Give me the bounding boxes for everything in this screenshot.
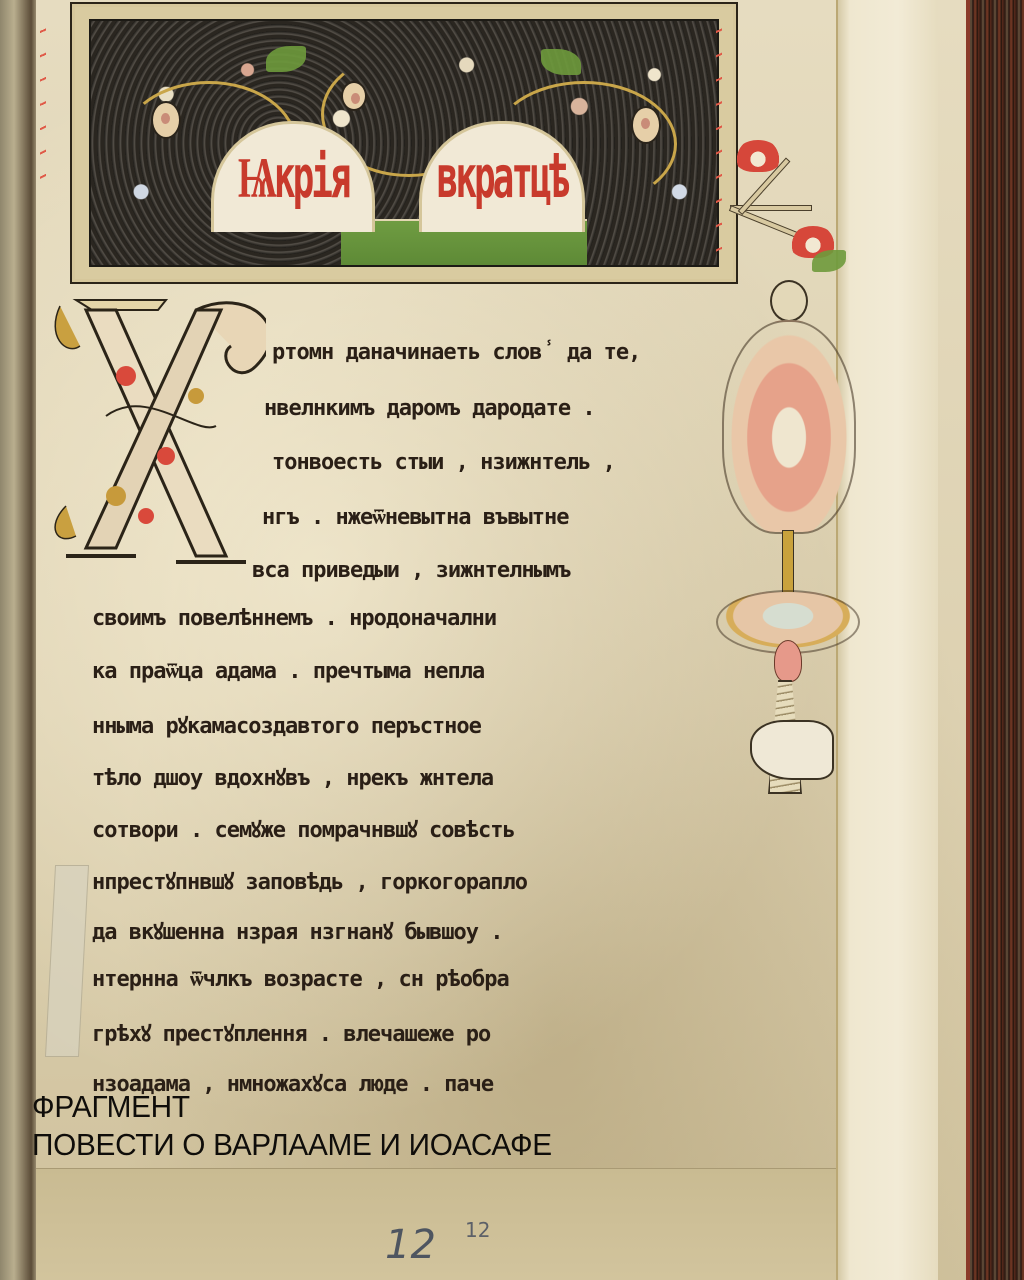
manuscript-line: тонвоесть стыи , нзижнтель , [272,450,615,475]
red-flower-icon [735,140,781,172]
folio-number: 12 [385,1222,436,1268]
manuscript-line: нвелнкимъ даромъ дародате . [264,396,595,421]
red-border-ticks [716,20,722,260]
hand-icon [750,720,834,780]
manuscript-line: сотвори . семꙋже помрачнвшꙋ совѣсть [92,814,515,844]
manuscript-line: своимъ повелѣннемъ . нродоначални [92,606,496,631]
illuminated-initial [46,286,266,578]
green-leaf [266,46,306,72]
book-block-edge [966,0,1024,1280]
manuscript-line: вса приведыи , зижнтелнымъ [252,558,570,583]
manuscript-line: нгъ . нжеѿневытна въвытне [262,504,569,530]
headpiece-floral-field: Ѩкрія вкратцѣ [89,19,719,267]
manuscript-line: грѣхꙋ престꙋплення . влечашеже ро [92,1018,490,1048]
caption-line-1: ФРАГМЕНТ [32,1088,552,1126]
manuscript-photo: Ѩкрія вкратцѣ [0,0,1024,1280]
arch-text-right: вкратцѣ [437,145,568,211]
ornamental-headpiece: Ѩкрія вкратцѣ [72,4,736,282]
initial-letter-kha [46,286,266,578]
caption-overlay: ФРАГМЕНТ ПОВЕСТИ О ВАРЛААМЕ И ИОАСАФЕ [32,1088,574,1164]
red-border-ticks [40,20,46,180]
pomegranate-motif [631,106,661,144]
manuscript-line: тѣло дшоу вдохнꙋвъ , нрекъ жнтела [92,762,493,792]
ornament-bud [774,640,802,682]
ornament-top-ball [770,280,808,322]
manuscript-line: нныма рꙋкамасоздавтого перъстное [92,710,481,740]
manuscript-line: нтернна ѿчлкъ возрасте , сн рѣобра [92,966,509,992]
caption-line-2: ПОВЕСТИ О ВАРЛААМЕ И ИОАСАФЕ [32,1126,552,1164]
manuscript-line: ртомн данач‍инаеть слов̾ да те, [272,340,640,365]
ornament-flower [722,320,856,534]
manuscript-line: да вкꙋшенна нзрая нзгнанꙋ бывшоу . [92,916,502,946]
manuscript-line: нпрестꙋпнвшꙋ заповѣдь , горкогорапло [92,866,527,896]
arch-text-left: Ѩкрія [237,144,348,211]
pomegranate-motif [151,101,181,139]
folio-number-small: 12 [465,1218,490,1242]
bottom-paper-repair [36,1168,836,1280]
green-leaf [541,49,581,75]
marginal-floral-ornament [712,280,862,800]
flower-motif [341,81,367,111]
manuscript-line: ка праѿца адама . пречтыма непла [92,658,484,684]
